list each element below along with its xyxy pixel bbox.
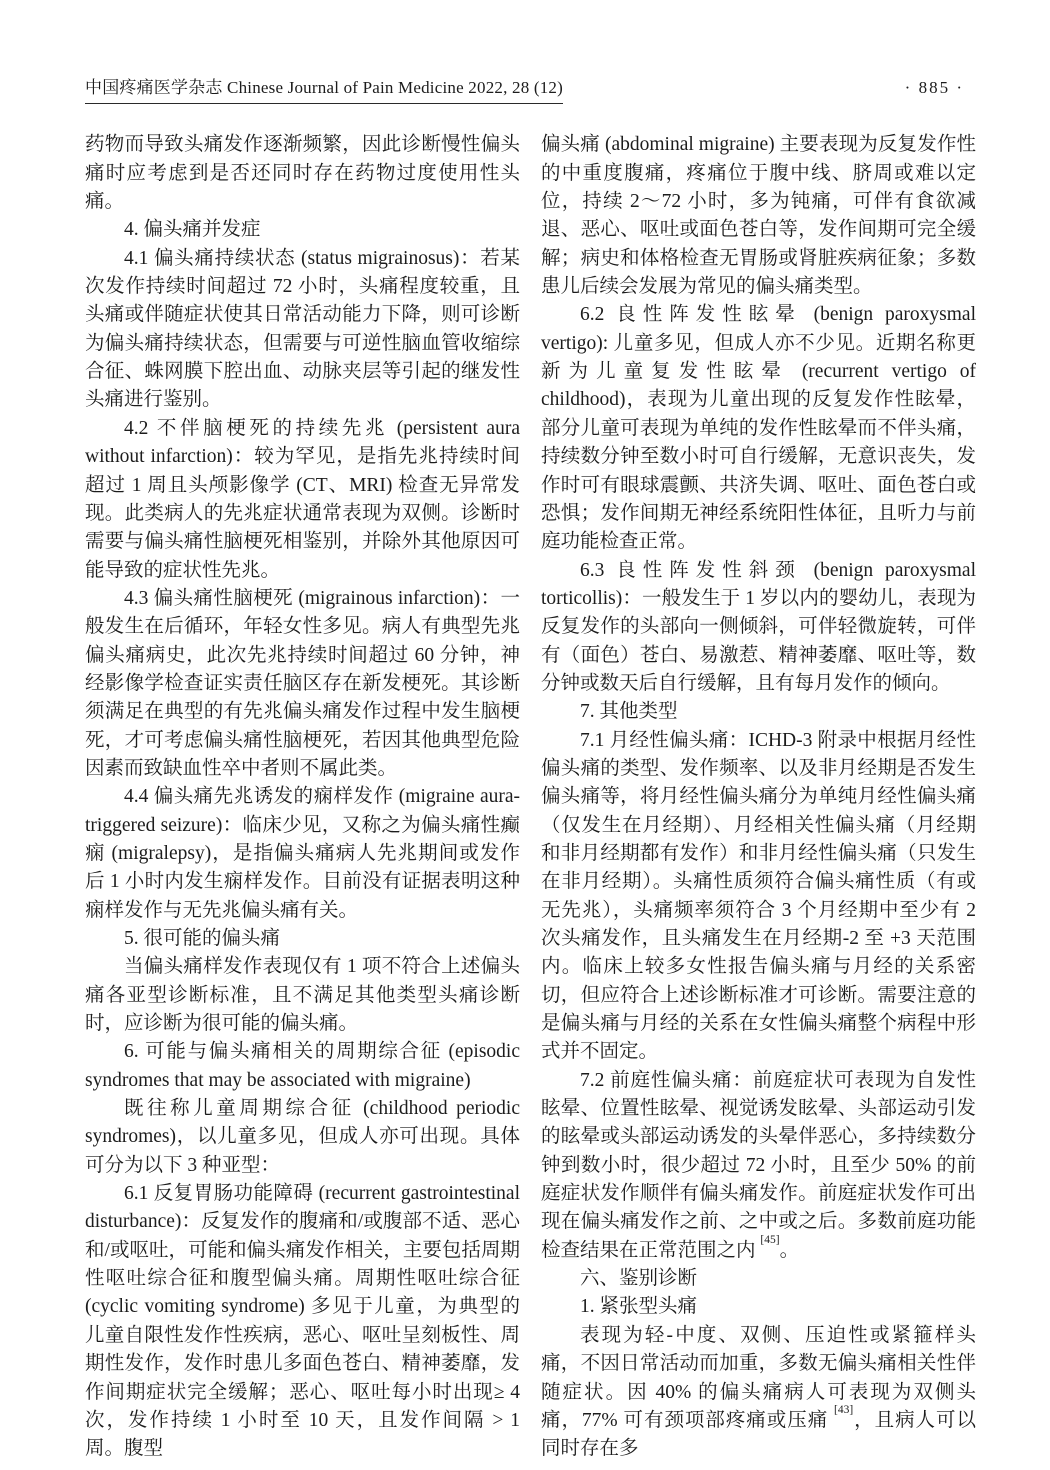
paragraph: 当偏头痛样发作表现仅有 1 项不符合上述偏头痛各亚型诊断标准，且不满足其他类型头… xyxy=(85,953,520,1038)
article-body: 药物而导致头痛发作逐渐频繁，因此诊断慢性偏头痛时应考虑到是否还同时存在药物过度使… xyxy=(85,131,976,1463)
paragraph: 6.3 良性阵发性斜颈 (benign paroxysmal torticoll… xyxy=(541,557,976,699)
paragraph: 表现为轻-中度、双侧、压迫性或紧箍样头痛，不因日常活动而加重，多数无偏头痛相关性… xyxy=(541,1322,976,1464)
paragraph: 4.3 偏头痛性脑梗死 (migrainous infarction)：一般发生… xyxy=(85,585,520,783)
paragraph: 4.1 偏头痛持续状态 (status migrainosus)：若某次发作持续… xyxy=(85,245,520,415)
page-header: 中国疼痛医学杂志 Chinese Journal of Pain Medicin… xyxy=(85,78,976,104)
page-number: · 885 · xyxy=(905,78,976,98)
paragraph: 4. 偏头痛并发症 xyxy=(85,216,520,244)
paragraph: 偏头痛 (abdominal migraine) 主要表现为反复发作性的中重度腹… xyxy=(541,131,976,301)
paragraph: 药物而导致头痛发作逐渐频繁，因此诊断慢性偏头痛时应考虑到是否还同时存在药物过度使… xyxy=(85,131,520,216)
left-column: 药物而导致头痛发作逐渐频繁，因此诊断慢性偏头痛时应考虑到是否还同时存在药物过度使… xyxy=(85,131,520,1463)
journal-page: 中国疼痛医学杂志 Chinese Journal of Pain Medicin… xyxy=(0,0,1050,1470)
paragraph: 7.2 前庭性偏头痛：前庭症状可表现为自发性眩晕、位置性眩晕、视觉诱发眩晕、头部… xyxy=(541,1067,976,1265)
paragraph: 4.4 偏头痛先兆诱发的痫样发作 (migraine aura-triggere… xyxy=(85,783,520,925)
paragraph: 7. 其他类型 xyxy=(541,698,976,726)
right-column: 偏头痛 (abdominal migraine) 主要表现为反复发作性的中重度腹… xyxy=(541,131,976,1463)
paragraph: 7.1 月经性偏头痛：ICHD-3 附录中根据月经性偏头痛的类型、发作频率、以及… xyxy=(541,727,976,1067)
reference-marker: [45] xyxy=(760,1234,779,1246)
paragraph: 6.1 反复胃肠功能障碍 (recurrent gastrointestinal… xyxy=(85,1180,520,1463)
journal-title: 中国疼痛医学杂志 Chinese Journal of Pain Medicin… xyxy=(85,78,563,104)
paragraph: 六、鉴别诊断 xyxy=(541,1265,976,1293)
paragraph: 5. 很可能的偏头痛 xyxy=(85,925,520,953)
paragraph: 4.2 不伴脑梗死的持续先兆 (persistent aura without … xyxy=(85,415,520,585)
paragraph: 既往称儿童周期综合征 (childhood periodic syndromes… xyxy=(85,1095,520,1180)
paragraph: 1. 紧张型头痛 xyxy=(541,1293,976,1321)
paragraph: 6.2 良性阵发性眩晕 (benign paroxysmal vertigo):… xyxy=(541,301,976,556)
reference-marker: [43] xyxy=(834,1404,853,1416)
paragraph: 6. 可能与偏头痛相关的周期综合征 (episodic syndromes th… xyxy=(85,1038,520,1095)
